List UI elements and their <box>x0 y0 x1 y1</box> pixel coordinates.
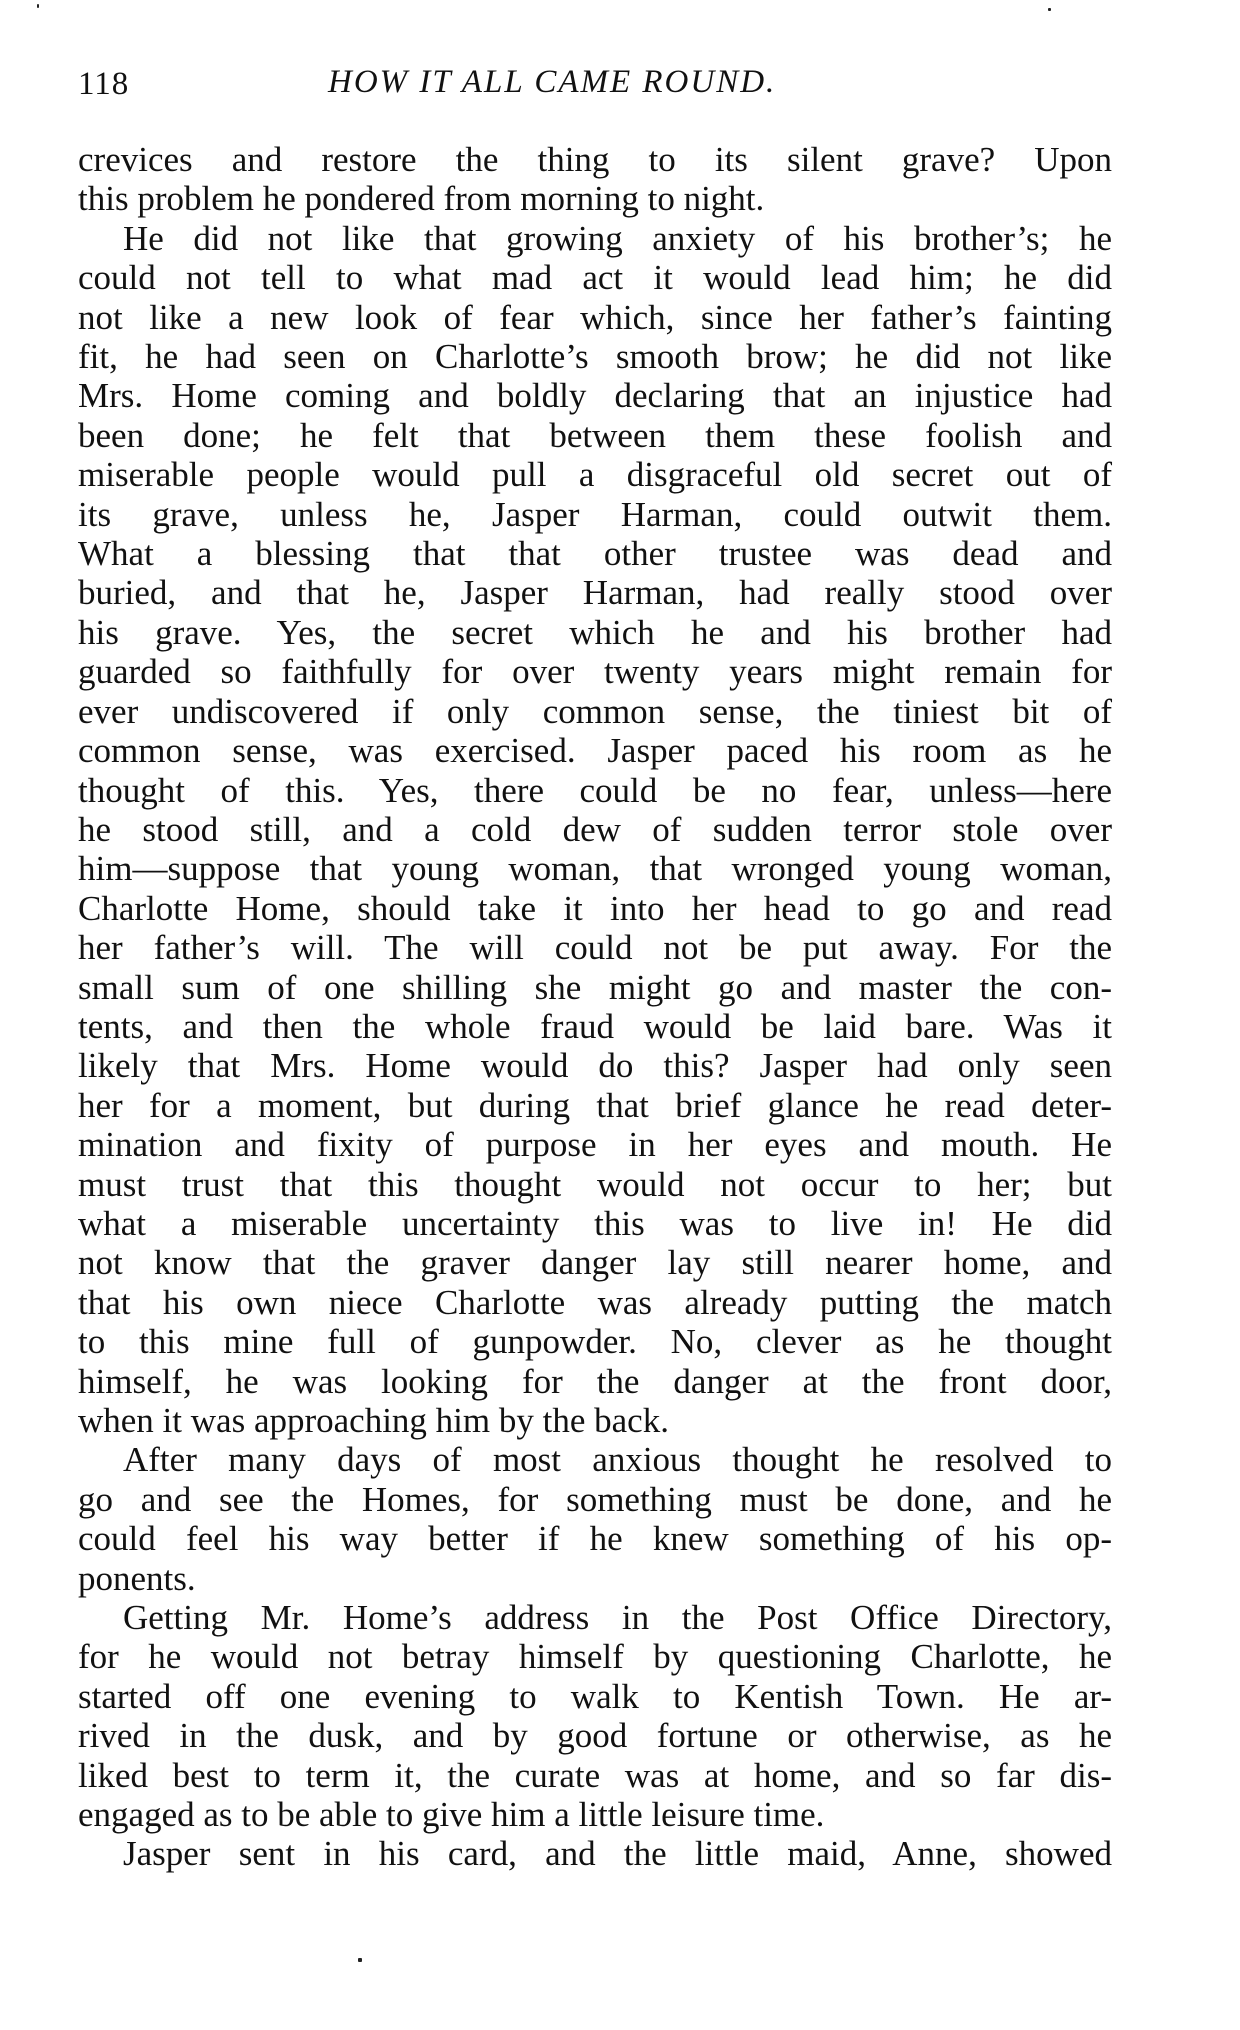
text-line: not know that the graver danger lay stil… <box>78 1243 1112 1282</box>
text-line: He did not like that growing anxiety of … <box>78 219 1112 258</box>
text-line: could not tell to what mad act it would … <box>78 258 1112 297</box>
text-line: must trust that this thought would not o… <box>78 1165 1112 1204</box>
text-line: ever undiscovered if only common sense, … <box>78 692 1112 731</box>
text-line: rived in the dusk, and by good fortune o… <box>78 1716 1112 1755</box>
text-line: mination and fixity of purpose in her ey… <box>78 1125 1112 1164</box>
text-line: common sense, was exercised. Jasper pace… <box>78 731 1112 770</box>
text-line: he stood still, and a cold dew of sudden… <box>78 810 1112 849</box>
text-line: ponents. <box>78 1559 1112 1598</box>
text-line: crevices and restore the thing to its si… <box>78 140 1112 179</box>
text-line: himself, he was looking for the danger a… <box>78 1362 1112 1401</box>
text-line: engaged as to be able to give him a litt… <box>78 1795 1112 1834</box>
text-line: its grave, unless he, Jasper Harman, cou… <box>78 495 1112 534</box>
text-line: this problem he pondered from morning to… <box>78 179 1112 218</box>
text-line: could feel his way better if he knew som… <box>78 1519 1112 1558</box>
paragraph: crevices and restore the thing to its si… <box>78 140 1112 219</box>
text-line: been done; he felt that between them the… <box>78 416 1112 455</box>
text-line: his grave. Yes, the secret which he and … <box>78 613 1112 652</box>
running-head: 118 HOW IT ALL CAME ROUND. <box>78 62 1112 102</box>
text-line: After many days of most anxious thought … <box>78 1440 1112 1479</box>
text-line: to this mine full of gunpowder. No, clev… <box>78 1322 1112 1361</box>
text-line: not like a new look of fear which, since… <box>78 298 1112 337</box>
text-line: likely that Mrs. Home would do this? Jas… <box>78 1046 1112 1085</box>
text-line: go and see the Homes, for something must… <box>78 1480 1112 1519</box>
paragraph: Jasper sent in his card, and the little … <box>78 1834 1112 1873</box>
paragraph: After many days of most anxious thought … <box>78 1440 1112 1598</box>
text-line: started off one evening to walk to Kenti… <box>78 1677 1112 1716</box>
text-line: fit, he had seen on Charlotte’s smooth b… <box>78 337 1112 376</box>
text-line: when it was approaching him by the back. <box>78 1401 1112 1440</box>
text-line: Getting Mr. Home’s address in the Post O… <box>78 1598 1112 1637</box>
text-line: tents, and then the whole fraud would be… <box>78 1007 1112 1046</box>
body-text: crevices and restore the thing to its si… <box>78 140 1112 1874</box>
text-line: liked best to term it, the curate was at… <box>78 1756 1112 1795</box>
text-line: Charlotte Home, should take it into her … <box>78 889 1112 928</box>
scan-speck <box>37 4 39 8</box>
scan-speck <box>1048 8 1051 11</box>
text-line: that his own niece Charlotte was already… <box>78 1283 1112 1322</box>
book-page: 118 HOW IT ALL CAME ROUND. crevices and … <box>0 0 1240 2030</box>
text-line: what a miserable uncertainty this was to… <box>78 1204 1112 1243</box>
text-line: for he would not betray himself by quest… <box>78 1637 1112 1676</box>
text-line: guarded so faithfully for over twenty ye… <box>78 652 1112 691</box>
scan-speck <box>358 1958 362 1962</box>
text-line: small sum of one shilling she might go a… <box>78 968 1112 1007</box>
text-line: Jasper sent in his card, and the little … <box>78 1834 1112 1873</box>
text-line: buried, and that he, Jasper Harman, had … <box>78 573 1112 612</box>
text-line: thought of this. Yes, there could be no … <box>78 771 1112 810</box>
text-line: her father’s will. The will could not be… <box>78 928 1112 967</box>
paragraph: Getting Mr. Home’s address in the Post O… <box>78 1598 1112 1834</box>
text-line: Mrs. Home coming and boldly declaring th… <box>78 376 1112 415</box>
paragraph: He did not like that growing anxiety of … <box>78 219 1112 1441</box>
running-title: HOW IT ALL CAME ROUND. <box>328 62 776 102</box>
text-line: her for a moment, but during that brief … <box>78 1086 1112 1125</box>
text-line: him—suppose that young woman, that wrong… <box>78 849 1112 888</box>
text-line: What a blessing that that other trustee … <box>78 534 1112 573</box>
page-number: 118 <box>78 64 129 104</box>
text-line: miserable people would pull a disgracefu… <box>78 455 1112 494</box>
